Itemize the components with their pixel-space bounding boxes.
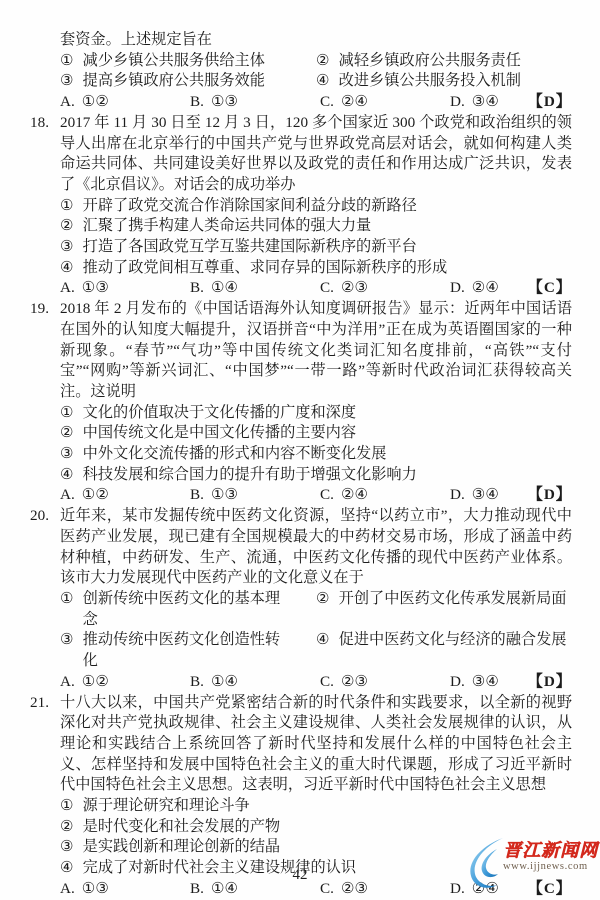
option-④: ④科技发展和综合国力的提升有助于增强文化影响力 (30, 465, 572, 486)
option-text: 开辟了政党交流合作消除国家间利益分歧的新路径 (83, 196, 572, 217)
option-②: ②开创了中医药文化传承发展新局面 (286, 589, 572, 630)
option-group: ①减少乡镇公共服务供给主体②减轻乡镇政府公共服务责任③提高乡镇政府公共服务效能④… (30, 51, 572, 92)
question-number: 19. (30, 299, 60, 403)
choice-value: ②③ (341, 673, 368, 690)
option-marker: ③ (60, 444, 74, 465)
option-③: ③推动传统中医药文化创造性转化 (30, 630, 286, 671)
exam-page: 套资金。上述规定旨在①减少乡镇公共服务供给主体②减轻乡镇政府公共服务责任③提高乡… (0, 0, 600, 900)
option-text: 推动了政党间相互尊重、求同存异的国际新秩序的形成 (83, 258, 572, 279)
choice-value: ①③ (211, 93, 238, 110)
option-group: ①文化的价值取决于文化传播的广度和深度②中国传统文化是中国文化传播的主要内容③中… (30, 403, 572, 486)
choice-label: D. (450, 93, 465, 110)
question-18: 18.2017 年 11 月 30 日至 12 月 3 日，120 多个国家近 … (30, 113, 572, 299)
choice-label: D. (450, 279, 465, 296)
choice-label: A. (60, 673, 75, 690)
choice-D: D.③④ (450, 672, 499, 693)
option-②: ②中国传统文化是中国文化传播的主要内容 (30, 423, 572, 444)
option-text: 促进中医药文化与经济的融合发展 (339, 630, 572, 671)
answer-row: A.①②B.①④C.②③D.③④【D】 (30, 672, 572, 693)
choice-B: B.①④ (190, 278, 320, 299)
option-④: ④促进中医药文化与经济的融合发展 (286, 630, 572, 671)
option-marker: ④ (316, 71, 330, 92)
choice-label: C. (320, 486, 334, 503)
choice-value: ②④ (341, 93, 368, 110)
choice-B: B.①③ (190, 92, 320, 113)
option-text: 减轻乡镇政府公共服务责任 (339, 51, 572, 72)
choice-value: ①② (82, 486, 109, 503)
option-marker: ④ (60, 465, 74, 486)
choice-value: ③④ (472, 486, 499, 503)
option-marker: ① (60, 403, 74, 424)
option-marker: ① (60, 51, 74, 72)
stem-row: 18.2017 年 11 月 30 日至 12 月 3 日，120 多个国家近 … (30, 113, 572, 196)
question-stem: 十八大以来，中国共产党紧密结合新的时代条件和实践要求，以全新的视野深化对共产党执… (60, 693, 572, 797)
question-number: 21. (30, 693, 60, 797)
choice-B: B.①③ (190, 485, 320, 506)
answer-row: A.①②B.①③C.②④D.③④【D】 (30, 92, 572, 113)
choice-label: A. (60, 279, 75, 296)
option-marker: ① (60, 589, 74, 630)
option-④: ④改进乡镇公共服务投入机制 (286, 71, 572, 92)
choice-C: C.②③ (320, 278, 450, 299)
choice-D: D.②④ (450, 278, 499, 299)
option-text: 改进乡镇公共服务投入机制 (339, 71, 572, 92)
question-stem: 2017 年 11 月 30 日至 12 月 3 日，120 多个国家近 300… (60, 113, 572, 196)
choice-value: ②③ (341, 279, 368, 296)
question-number (30, 30, 60, 51)
option-①: ①源于理论研究和理论斗争 (30, 796, 572, 817)
choice-value: ②④ (472, 279, 499, 296)
option-marker: ④ (316, 630, 330, 671)
option-text: 提高乡镇政府公共服务效能 (83, 71, 286, 92)
choice-value: ②④ (341, 486, 368, 503)
choice-label: C. (320, 673, 334, 690)
choice-D: D.③④ (450, 92, 499, 113)
choice-A: A.①② (60, 92, 190, 113)
choice-C: C.②③ (320, 672, 450, 693)
choice-value: ①③ (211, 486, 238, 503)
choice-D: D.③④ (450, 485, 499, 506)
question-stem: 近年来，某市发掘传统中医药文化资源，坚持“以药立市”，大力推动现代中医药产业发展… (60, 506, 572, 589)
answer-key: 【D】 (528, 92, 572, 113)
choice-value: ③④ (472, 93, 499, 110)
choice-label: C. (320, 93, 334, 110)
option-marker: ② (60, 817, 74, 838)
choice-label: D. (450, 673, 465, 690)
stem-row: 20.近年来，某市发掘传统中医药文化资源，坚持“以药立市”，大力推动现代中医药产… (30, 506, 572, 589)
choice-label: B. (190, 93, 204, 110)
question-20: 20.近年来，某市发掘传统中医药文化资源，坚持“以药立市”，大力推动现代中医药产… (30, 506, 572, 692)
choice-label: B. (190, 673, 204, 690)
option-marker: ③ (60, 71, 74, 92)
question-list: 套资金。上述规定旨在①减少乡镇公共服务供给主体②减轻乡镇政府公共服务责任③提高乡… (0, 0, 600, 900)
option-text: 减少乡镇公共服务供给主体 (83, 51, 286, 72)
answer-key: 【C】 (528, 278, 572, 299)
option-text: 开创了中医药文化传承发展新局面 (339, 589, 572, 630)
option-text: 汇聚了携手构建人类命运共同体的强大力量 (83, 216, 572, 237)
site-logo-name: 晋江新闻网 (503, 839, 598, 861)
question-continuation: 套资金。上述规定旨在①减少乡镇公共服务供给主体②减轻乡镇政府公共服务责任③提高乡… (30, 30, 572, 113)
option-①: ①文化的价值取决于文化传播的广度和深度 (30, 403, 572, 424)
stem-row: 19.2018 年 2 月发布的《中国话语海外认知度调研报告》显示：近两年中国话… (30, 299, 572, 403)
option-text: 中国传统文化是中国文化传播的主要内容 (83, 423, 572, 444)
option-text: 文化的价值取决于文化传播的广度和深度 (83, 403, 572, 424)
option-text: 中外文化交流传播的形式和内容不断变化发展 (83, 444, 572, 465)
choice-A: A.①② (60, 485, 190, 506)
site-watermark-logo: 晋江新闻网 www.ijjnews.com (465, 833, 598, 898)
question-number: 18. (30, 113, 60, 196)
choice-value: ①② (82, 673, 109, 690)
choice-value: ①④ (211, 279, 238, 296)
answer-key: 【D】 (528, 485, 572, 506)
question-number: 20. (30, 506, 60, 589)
choice-value: ③④ (472, 673, 499, 690)
option-text: 推动传统中医药文化创造性转化 (83, 630, 286, 671)
question-19: 19.2018 年 2 月发布的《中国话语海外认知度调研报告》显示：近两年中国话… (30, 299, 572, 506)
site-logo-url: www.ijjnews.com (503, 861, 588, 873)
stem-row: 21.十八大以来，中国共产党紧密结合新的时代条件和实践要求，以全新的视野深化对共… (30, 693, 572, 797)
answer-row: A.①②B.①③C.②④D.③④【D】 (30, 485, 572, 506)
choice-label: D. (450, 486, 465, 503)
option-group: ①创新传统中医药文化的基本理念②开创了中医药文化传承发展新局面③推动传统中医药文… (30, 589, 572, 672)
option-③: ③打造了各国政党互学互鉴共建国际新秩序的新平台 (30, 237, 572, 258)
choice-value: ①④ (211, 673, 238, 690)
logo-text-block: 晋江新闻网 www.ijjnews.com (503, 833, 598, 873)
choice-C: C.②④ (320, 485, 450, 506)
option-marker: ② (316, 589, 330, 630)
answer-key: 【D】 (528, 672, 572, 693)
choice-C: C.②④ (320, 92, 450, 113)
option-marker: ③ (60, 837, 74, 858)
option-marker: ② (60, 423, 74, 444)
option-①: ①创新传统中医药文化的基本理念 (30, 589, 286, 630)
question-stem: 套资金。上述规定旨在 (60, 30, 572, 51)
choice-A: A.①② (60, 672, 190, 693)
choice-label: C. (320, 279, 334, 296)
option-①: ①开辟了政党交流合作消除国家间利益分歧的新路径 (30, 196, 572, 217)
question-stem: 2018 年 2 月发布的《中国话语海外认知度调研报告》显示：近两年中国话语在国… (60, 299, 572, 403)
option-text: 科技发展和综合国力的提升有助于增强文化影响力 (83, 465, 572, 486)
option-marker: ② (60, 216, 74, 237)
option-marker: ③ (60, 630, 74, 671)
option-marker: ① (60, 196, 74, 217)
option-group: ①开辟了政党交流合作消除国家间利益分歧的新路径②汇聚了携手构建人类命运共同体的强… (30, 196, 572, 279)
choice-label: A. (60, 486, 75, 503)
stem-row: 套资金。上述规定旨在 (30, 30, 572, 51)
option-text: 打造了各国政党互学互鉴共建国际新秩序的新平台 (83, 237, 572, 258)
choice-value: ①② (82, 93, 109, 110)
choice-A: A.①③ (60, 278, 190, 299)
option-③: ③提高乡镇政府公共服务效能 (30, 71, 286, 92)
option-①: ①减少乡镇公共服务供给主体 (30, 51, 286, 72)
jjnews-swoosh-icon (465, 837, 507, 898)
option-text: 创新传统中医药文化的基本理念 (83, 589, 286, 630)
choice-label: B. (190, 486, 204, 503)
option-marker: ② (316, 51, 330, 72)
option-marker: ③ (60, 237, 74, 258)
choice-label: B. (190, 279, 204, 296)
option-②: ②汇聚了携手构建人类命运共同体的强大力量 (30, 216, 572, 237)
answer-row: A.①③B.①④C.②③D.②④【C】 (30, 278, 572, 299)
choice-B: B.①④ (190, 672, 320, 693)
option-③: ③中外文化交流传播的形式和内容不断变化发展 (30, 444, 572, 465)
choice-value: ①③ (82, 279, 109, 296)
option-④: ④推动了政党间相互尊重、求同存异的国际新秩序的形成 (30, 258, 572, 279)
option-marker: ④ (60, 258, 74, 279)
choice-label: A. (60, 93, 75, 110)
option-marker: ① (60, 796, 74, 817)
option-text: 源于理论研究和理论斗争 (83, 796, 572, 817)
option-②: ②减轻乡镇政府公共服务责任 (286, 51, 572, 72)
